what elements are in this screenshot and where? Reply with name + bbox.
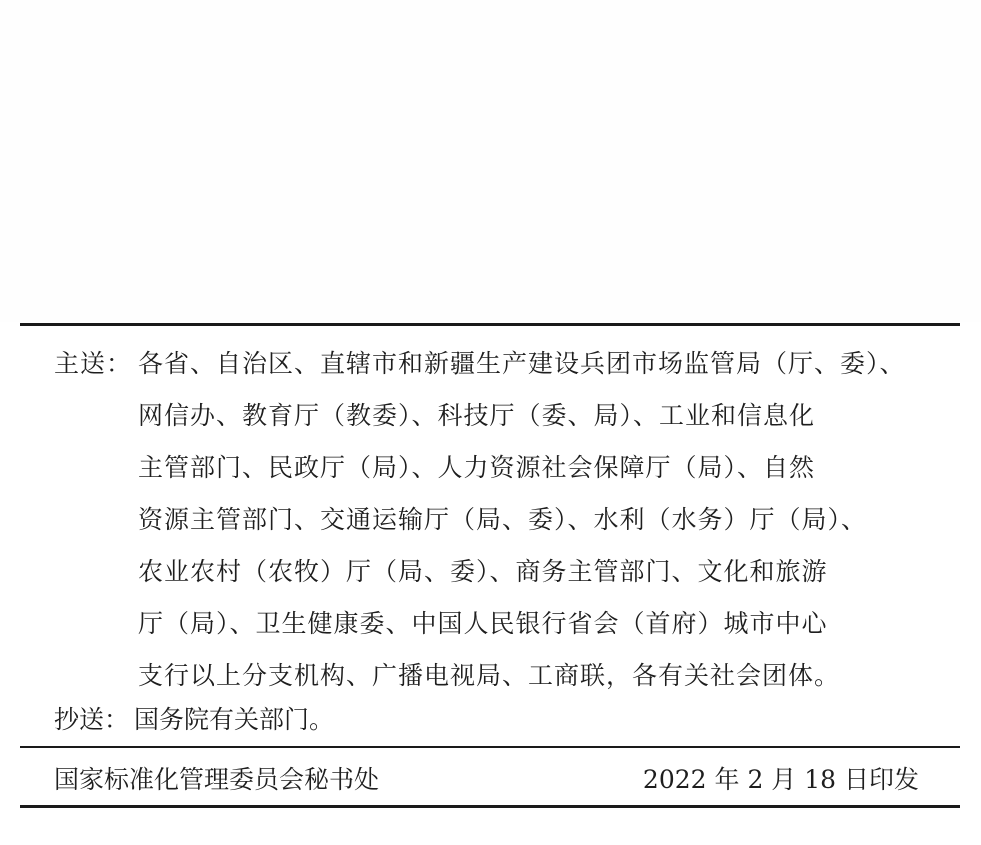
middle-divider-line: [20, 746, 960, 748]
main-recipients-row: 主管部门、民政厅（局）、人力资源社会保障厅（局）、自然: [54, 442, 954, 494]
main-recipients-row: 农业农村（农牧）厅（局、委）、商务主管部门、文化和旅游: [54, 546, 954, 598]
main-recipients-row: 资源主管部门、交通运输厅（局、委）、水利（水务）厅（局）、: [54, 494, 954, 546]
main-recipients-first-row: 主送： 各省、自治区、直辖市和新疆生产建设兵团市场监管局（厅、委）、: [54, 338, 954, 390]
main-recipients-line: 厅（局）、卫生健康委、中国人民银行省会（首府）城市中心: [138, 598, 828, 650]
main-recipients-line: 网信办、教育厅（教委）、科技厅（委、局）、工业和信息化: [138, 390, 815, 442]
main-recipients-block: 主送： 各省、自治区、直辖市和新疆生产建设兵团市场监管局（厅、委）、 网信办、教…: [54, 338, 954, 702]
issuer-name: 国家标准化管理委员会秘书处: [54, 760, 379, 796]
main-recipients-line: 农业农村（农牧）厅（局、委）、商务主管部门、文化和旅游: [138, 546, 828, 598]
blank-page-area: [0, 0, 981, 322]
bottom-divider-line: [20, 805, 960, 808]
issue-date: 2022 年 2 月 18 日印发: [643, 760, 919, 796]
main-recipients-line: 各省、自治区、直辖市和新疆生产建设兵团市场监管局（厅、委）、: [138, 338, 906, 390]
issuance-footer: 国家标准化管理委员会秘书处 2022 年 2 月 18 日印发: [54, 756, 919, 800]
main-recipients-row: 厅（局）、卫生健康委、中国人民银行省会（首府）城市中心: [54, 598, 954, 650]
main-recipients-label: 主送：: [54, 338, 138, 390]
top-divider-line: [20, 323, 960, 326]
main-recipients-line: 支行以上分支机构、广播电视局、工商联，各有关社会团体。: [138, 650, 840, 702]
main-recipients-row: 支行以上分支机构、广播电视局、工商联，各有关社会团体。: [54, 650, 954, 702]
main-recipients-line: 资源主管部门、交通运输厅（局、委）、水利（水务）厅（局）、: [138, 494, 867, 546]
cc-label: 抄送：: [54, 700, 134, 740]
cc-recipients: 国务院有关部门。: [134, 700, 334, 740]
cc-recipients-row: 抄送： 国务院有关部门。: [54, 700, 334, 740]
main-recipients-row: 网信办、教育厅（教委）、科技厅（委、局）、工业和信息化: [54, 390, 954, 442]
main-recipients-line: 主管部门、民政厅（局）、人力资源社会保障厅（局）、自然: [138, 442, 815, 494]
